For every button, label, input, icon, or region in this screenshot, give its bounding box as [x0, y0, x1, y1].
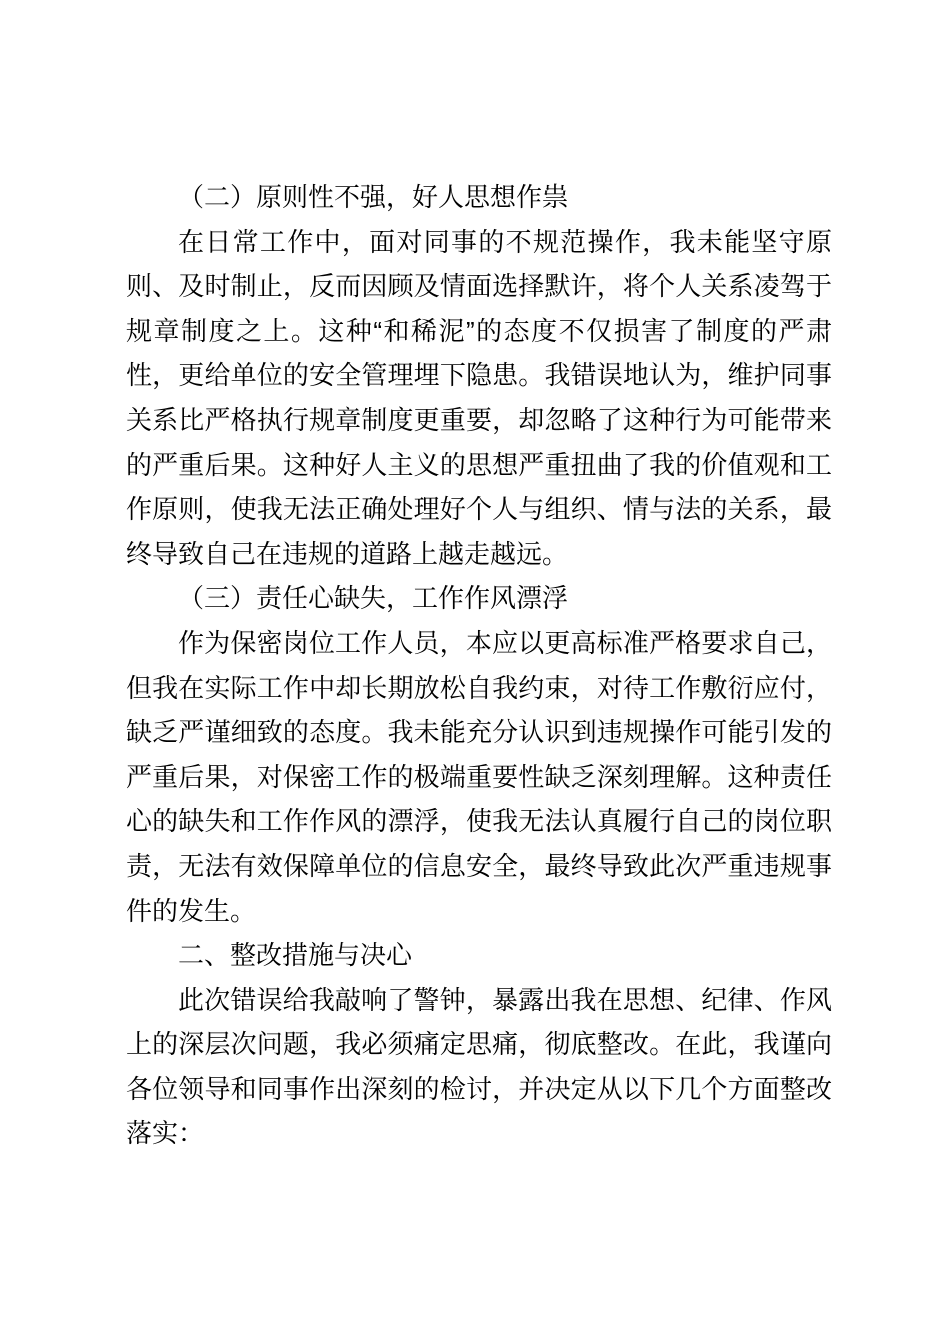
text-line: 作原则，使我无法正确处理好个人与组织、情与法的关系，最 — [126, 487, 832, 532]
text-line: 性，更给单位的安全管理埋下隐患。我错误地认为，维护同事 — [126, 353, 832, 398]
text-line: 落实： — [126, 1111, 832, 1156]
text-line: 严重后果，对保密工作的极端重要性缺乏深刻理解。这种责任 — [126, 755, 832, 800]
text-line: 二、整改措施与决心 — [126, 933, 832, 978]
text-line: 规章制度之上。这种“和稀泥”的态度不仅损害了制度的严肃 — [126, 309, 832, 354]
text-line: 的严重后果。这种好人主义的思想严重扭曲了我的价值观和工 — [126, 443, 832, 488]
text-line: 件的发生。 — [126, 889, 832, 934]
text-line: （二）原则性不强，好人思想作祟 — [126, 175, 832, 220]
text-line: 在日常工作中，面对同事的不规范操作，我未能坚守原 — [126, 220, 832, 265]
text-line: 此次错误给我敲响了警钟，暴露出我在思想、纪律、作风 — [126, 978, 832, 1023]
text-line: 责，无法有效保障单位的信息安全，最终导致此次严重违规事 — [126, 844, 832, 889]
text-line: 心的缺失和工作作风的漂浮，使我无法认真履行自己的岗位职 — [126, 799, 832, 844]
document-page: （二）原则性不强，好人思想作祟在日常工作中，面对同事的不规范操作，我未能坚守原则… — [0, 0, 950, 1344]
text-line: 终导致自己在违规的道路上越走越远。 — [126, 532, 832, 577]
text-line: 但我在实际工作中却长期放松自我约束，对待工作敷衍应付， — [126, 666, 832, 711]
document-body: （二）原则性不强，好人思想作祟在日常工作中，面对同事的不规范操作，我未能坚守原则… — [126, 175, 832, 1156]
text-line: 作为保密岗位工作人员，本应以更高标准严格要求自己， — [126, 621, 832, 666]
text-line: （三）责任心缺失，工作作风漂浮 — [126, 576, 832, 621]
text-line: 缺乏严谨细致的态度。我未能充分认识到违规操作可能引发的 — [126, 710, 832, 755]
text-line: 上的深层次问题，我必须痛定思痛，彻底整改。在此，我谨向 — [126, 1022, 832, 1067]
text-line: 关系比严格执行规章制度更重要，却忽略了这种行为可能带来 — [126, 398, 832, 443]
text-line: 则、及时制止，反而因顾及情面选择默许，将个人关系凌驾于 — [126, 264, 832, 309]
text-line: 各位领导和同事作出深刻的检讨，并决定从以下几个方面整改 — [126, 1067, 832, 1112]
